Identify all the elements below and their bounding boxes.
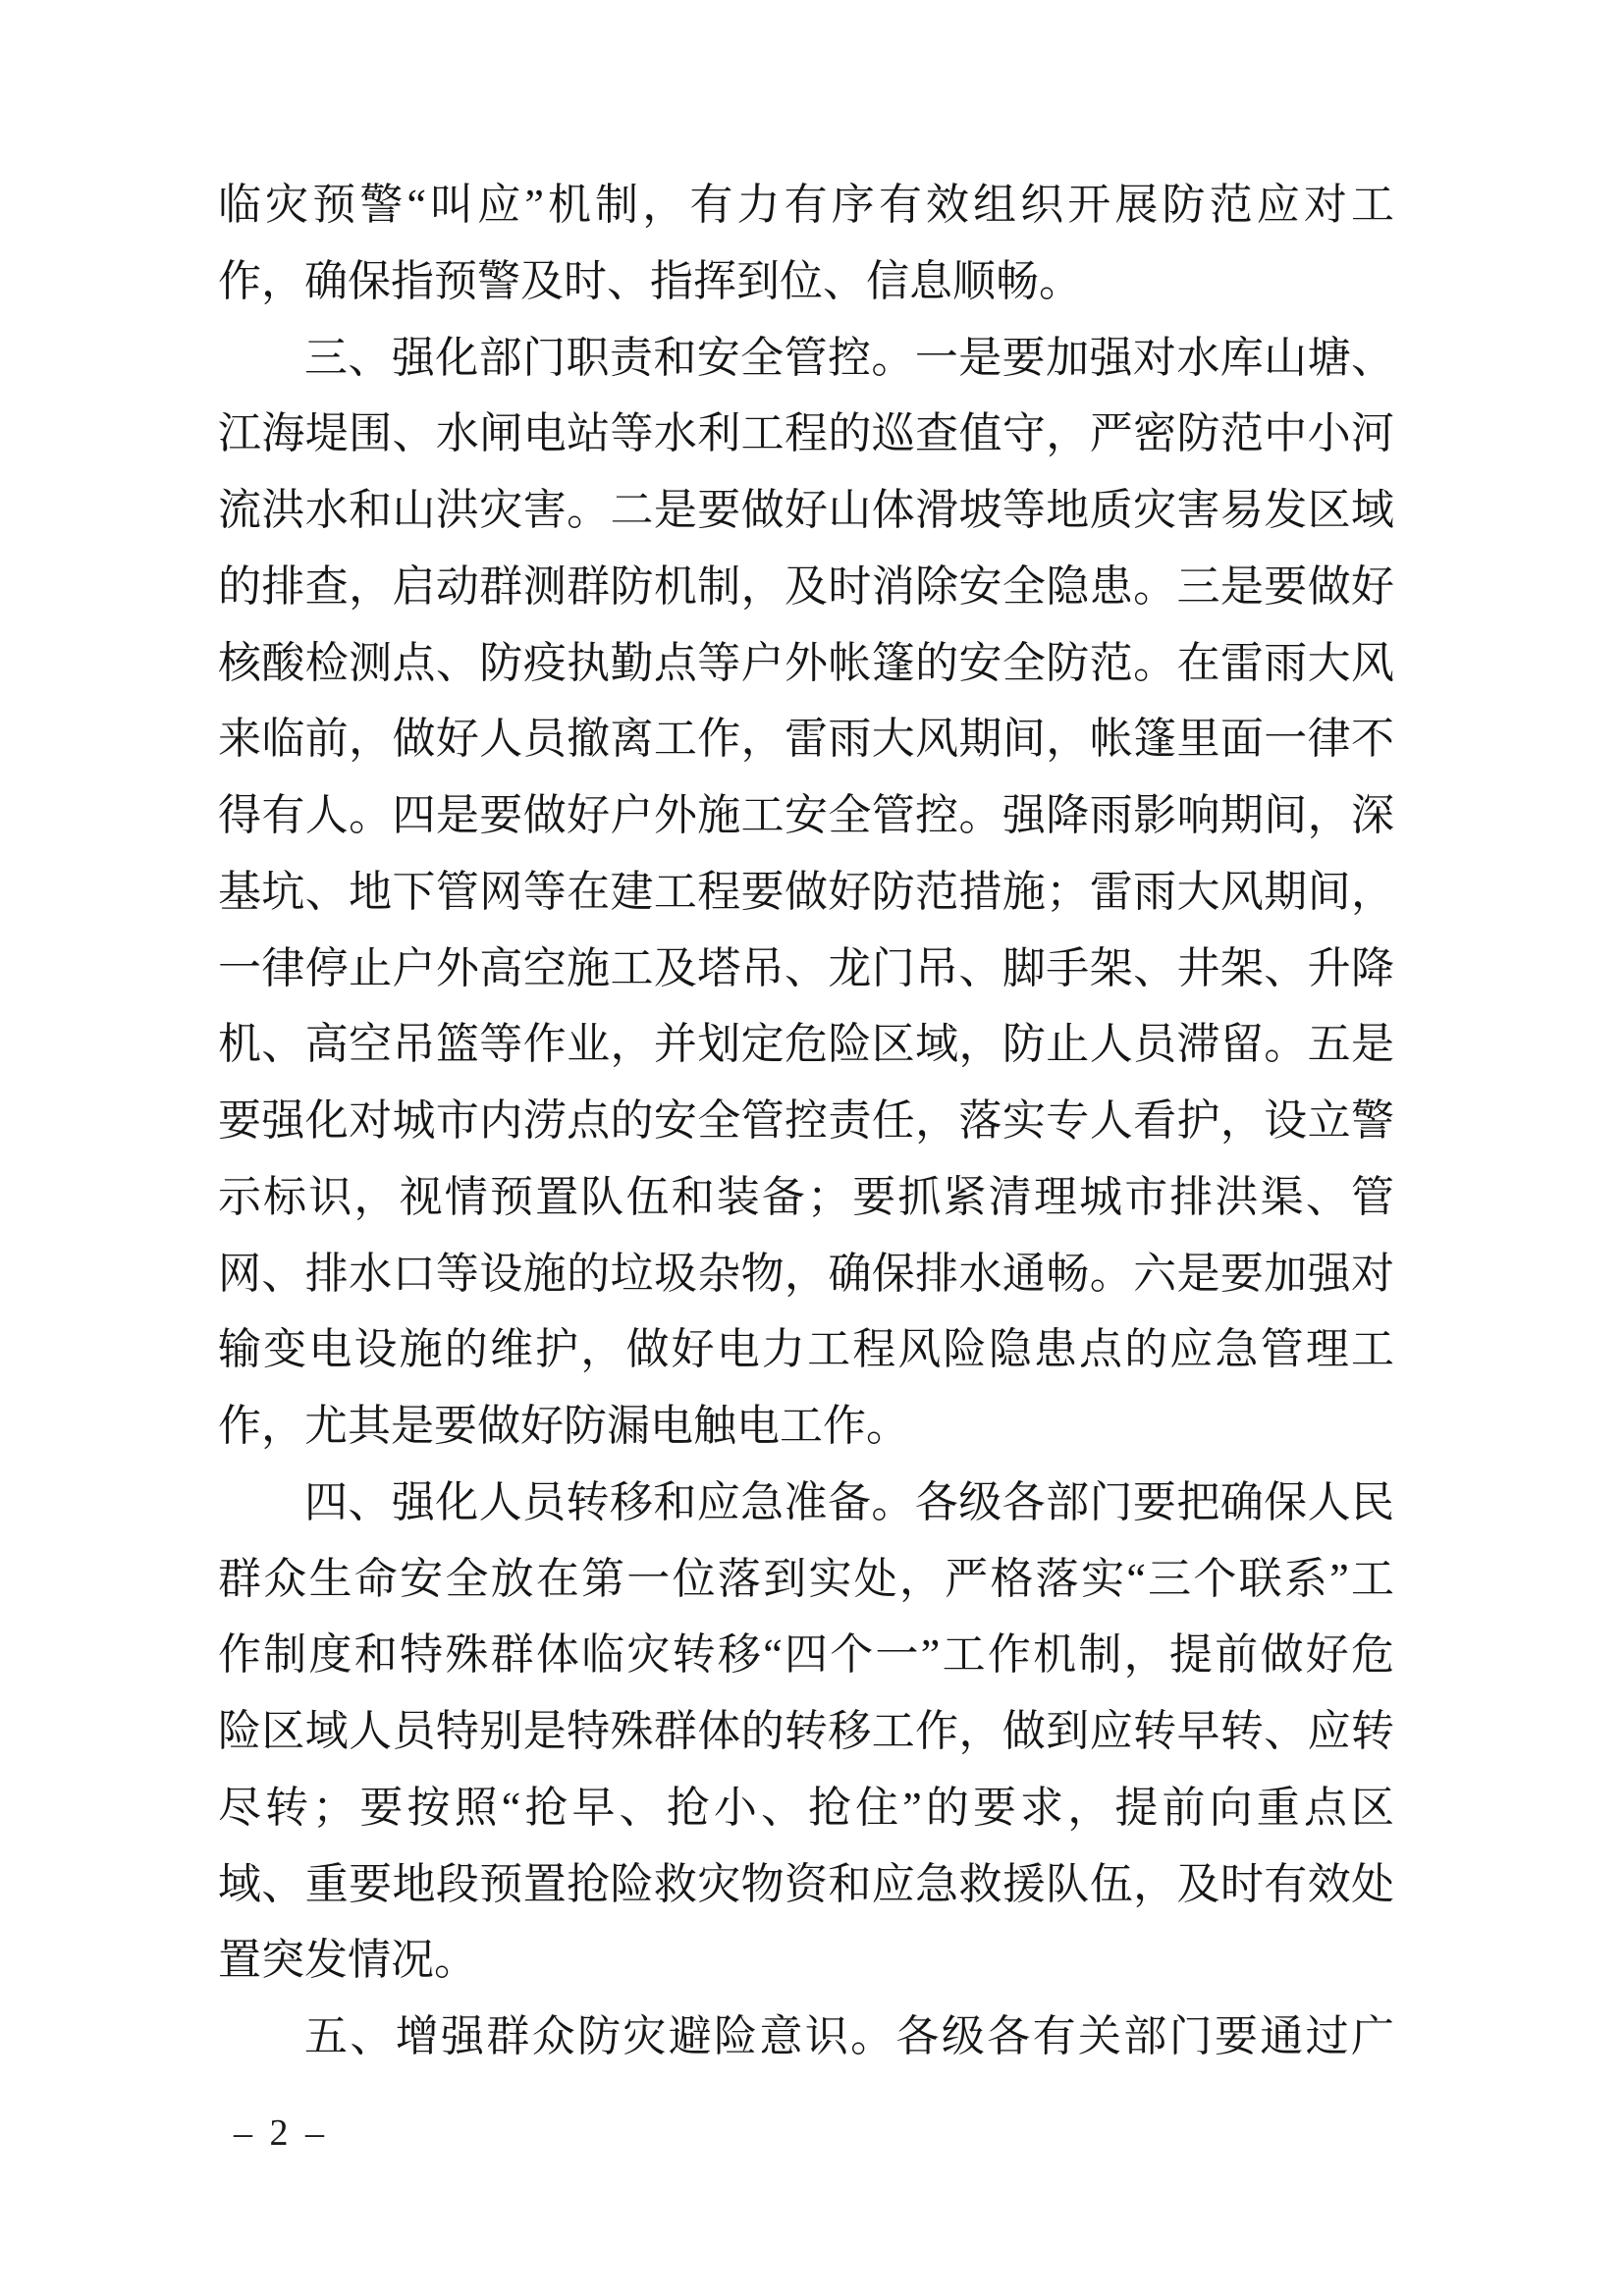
text-line: 示标识，视情预置队伍和装备；要抓紧清理城市排洪渠、管: [218, 1159, 1394, 1236]
text-line: 作制度和特殊群体临灾转移“四个一”工作机制，提前做好危: [218, 1617, 1394, 1693]
text-line: 流洪水和山洪灾害。二是要做好山体滑坡等地质灾害易发区域: [218, 472, 1394, 549]
text-line: 置突发情况。: [218, 1922, 1394, 1999]
text-line: 江海堤围、水闸电站等水利工程的巡查值守，严密防范中小河: [218, 396, 1394, 472]
text-line: 输变电设施的维护，做好电力工程风险隐患点的应急管理工: [218, 1311, 1394, 1388]
text-line: 险区域人员特别是特殊群体的转移工作，做到应转早转、应转: [218, 1693, 1394, 1770]
document-lines: 临灾预警“叫应”机制，有力有序有效组织开展防范应对工作，确保指预警及时、指挥到位…: [218, 167, 1394, 2075]
text-line: 作，确保指预警及时、指挥到位、信息顺畅。: [218, 243, 1394, 320]
text-line: 五、增强群众防灾避险意识。各级各有关部门要通过广: [218, 1999, 1394, 2075]
text-line: 来临前，做好人员撤离工作，雷雨大风期间，帐篷里面一律不: [218, 701, 1394, 777]
text-line: 群众生命安全放在第一位落到实处，严格落实“三个联系”工: [218, 1541, 1394, 1618]
text-line: 一律停止户外高空施工及塔吊、龙门吊、脚手架、井架、升降: [218, 931, 1394, 1007]
text-line: 核酸检测点、防疫执勤点等户外帐篷的安全防范。在雷雨大风: [218, 625, 1394, 702]
text-line: 三、强化部门职责和安全管控。一是要加强对水库山塘、: [218, 320, 1394, 397]
text-line: 尽转；要按照“抢早、抢小、抢住”的要求，提前向重点区: [218, 1770, 1394, 1846]
text-line: 得有人。四是要做好户外施工安全管控。强降雨影响期间，深: [218, 777, 1394, 854]
text-line: 的排查，启动群测群防机制，及时消除安全隐患。三是要做好: [218, 549, 1394, 625]
document-page: 临灾预警“叫应”机制，有力有序有效组织开展防范应对工作，确保指预警及时、指挥到位…: [0, 0, 1624, 2296]
text-line: 机、高空吊篮等作业，并划定危险区域，防止人员滞留。五是: [218, 1006, 1394, 1083]
text-line: 临灾预警“叫应”机制，有力有序有效组织开展防范应对工: [218, 167, 1394, 243]
text-line: 要强化对城市内涝点的安全管控责任，落实专人看护，设立警: [218, 1083, 1394, 1159]
text-line: 网、排水口等设施的垃圾杂物，确保排水通畅。六是要加强对: [218, 1236, 1394, 1312]
text-line: 基坑、地下管网等在建工程要做好防范措施；雷雨大风期间，: [218, 854, 1394, 931]
text-line: 作，尤其是要做好防漏电触电工作。: [218, 1388, 1394, 1465]
text-line: 四、强化人员转移和应急准备。各级各部门要把确保人民: [218, 1465, 1394, 1541]
page-number: – 2 –: [234, 2109, 328, 2158]
text-line: 域、重要地段预置抢险救灾物资和应急救援队伍，及时有效处: [218, 1846, 1394, 1923]
